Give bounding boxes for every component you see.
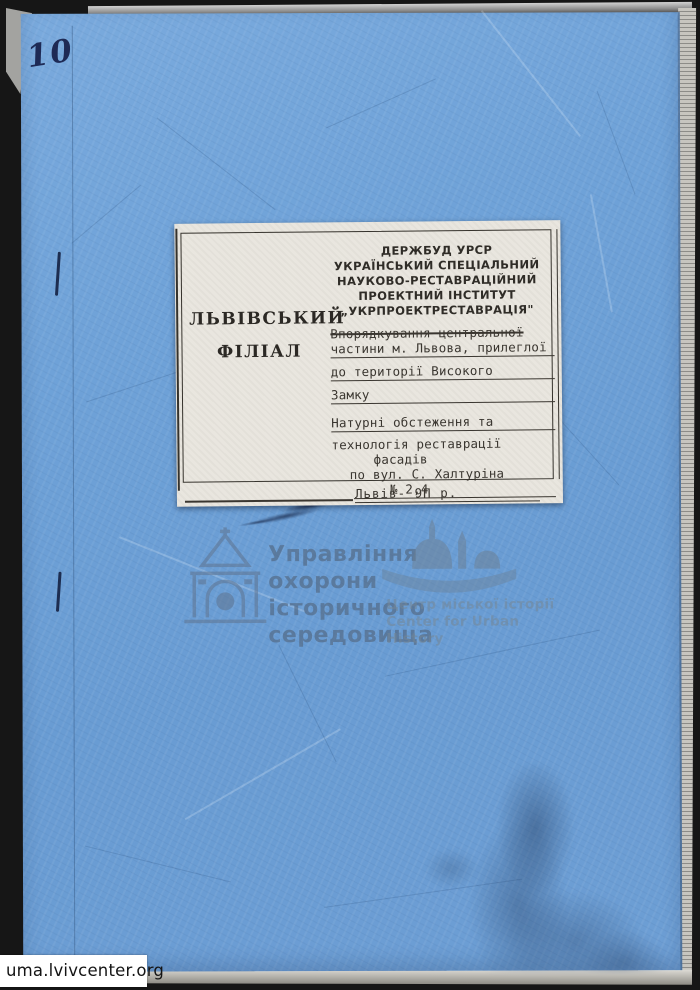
heritage-office-gate-icon	[180, 521, 270, 627]
crease-line	[326, 78, 436, 128]
urban-history-watermark-text: Центр міської історії Center for Urban H…	[386, 596, 566, 647]
site-watermark-text: uma.lvivcenter.org	[0, 955, 147, 987]
title-line: частини м. Львова, прилеглої	[330, 339, 554, 358]
crease-line	[85, 846, 231, 883]
crease-line	[184, 728, 341, 820]
crease-line	[278, 645, 336, 762]
label-rule-left	[175, 229, 179, 491]
crease-line	[481, 10, 581, 137]
scanned-document: 10 Управління охорони історичного середо…	[0, 0, 700, 990]
cover-fold-line	[72, 26, 75, 962]
branch-name-block: ЛЬВІВСЬКИЙ ФІЛІАЛ	[189, 308, 330, 362]
watermark-line: Center for Urban History	[386, 613, 566, 647]
org-line: НАУКОВО-РЕСТАВРАЦІЙНИЙ	[323, 272, 551, 289]
org-line: „УКРПРОЕКТРЕСТАВРАЦІЯ"	[323, 302, 551, 319]
binding-stitch-mark	[56, 572, 62, 612]
crease-line	[590, 194, 613, 312]
institute-name-block: ДЕРЖБУД УРСР УКРАЇНСЬКИЙ СПЕЦІАЛЬНИЙ НАУ…	[323, 242, 552, 319]
title-line: Замку	[331, 385, 555, 404]
imprint-line: Львів- 9П р.	[355, 484, 540, 503]
title-line: до території Високого	[331, 362, 555, 381]
typed-title-column: Впорядкування центральної частини м. Льв…	[330, 324, 556, 499]
site-watermark-box: uma.lvivcenter.org	[0, 955, 147, 987]
label-rule-right	[556, 229, 560, 479]
branch-line: ФІЛІАЛ	[189, 341, 329, 362]
crease-line	[157, 117, 276, 210]
subject-line: Натурні обстеження та	[331, 413, 555, 432]
pasted-title-label: ДЕРЖБУД УРСР УКРАЇНСЬКИЙ СПЕЦІАЛЬНИЙ НАУ…	[174, 220, 563, 507]
crease-line	[72, 185, 141, 244]
handwritten-page-number: 10	[24, 32, 76, 75]
binding-stitch-mark	[55, 252, 61, 296]
imprint-rule	[185, 499, 353, 502]
crease-line	[597, 91, 636, 195]
water-stain	[401, 764, 682, 973]
branch-line: ЛЬВІВСЬКИЙ	[189, 308, 329, 329]
watermark-line: Центр міської історії	[386, 596, 566, 613]
blue-folder-cover: 10 Управління охорони історичного середо…	[21, 12, 683, 972]
